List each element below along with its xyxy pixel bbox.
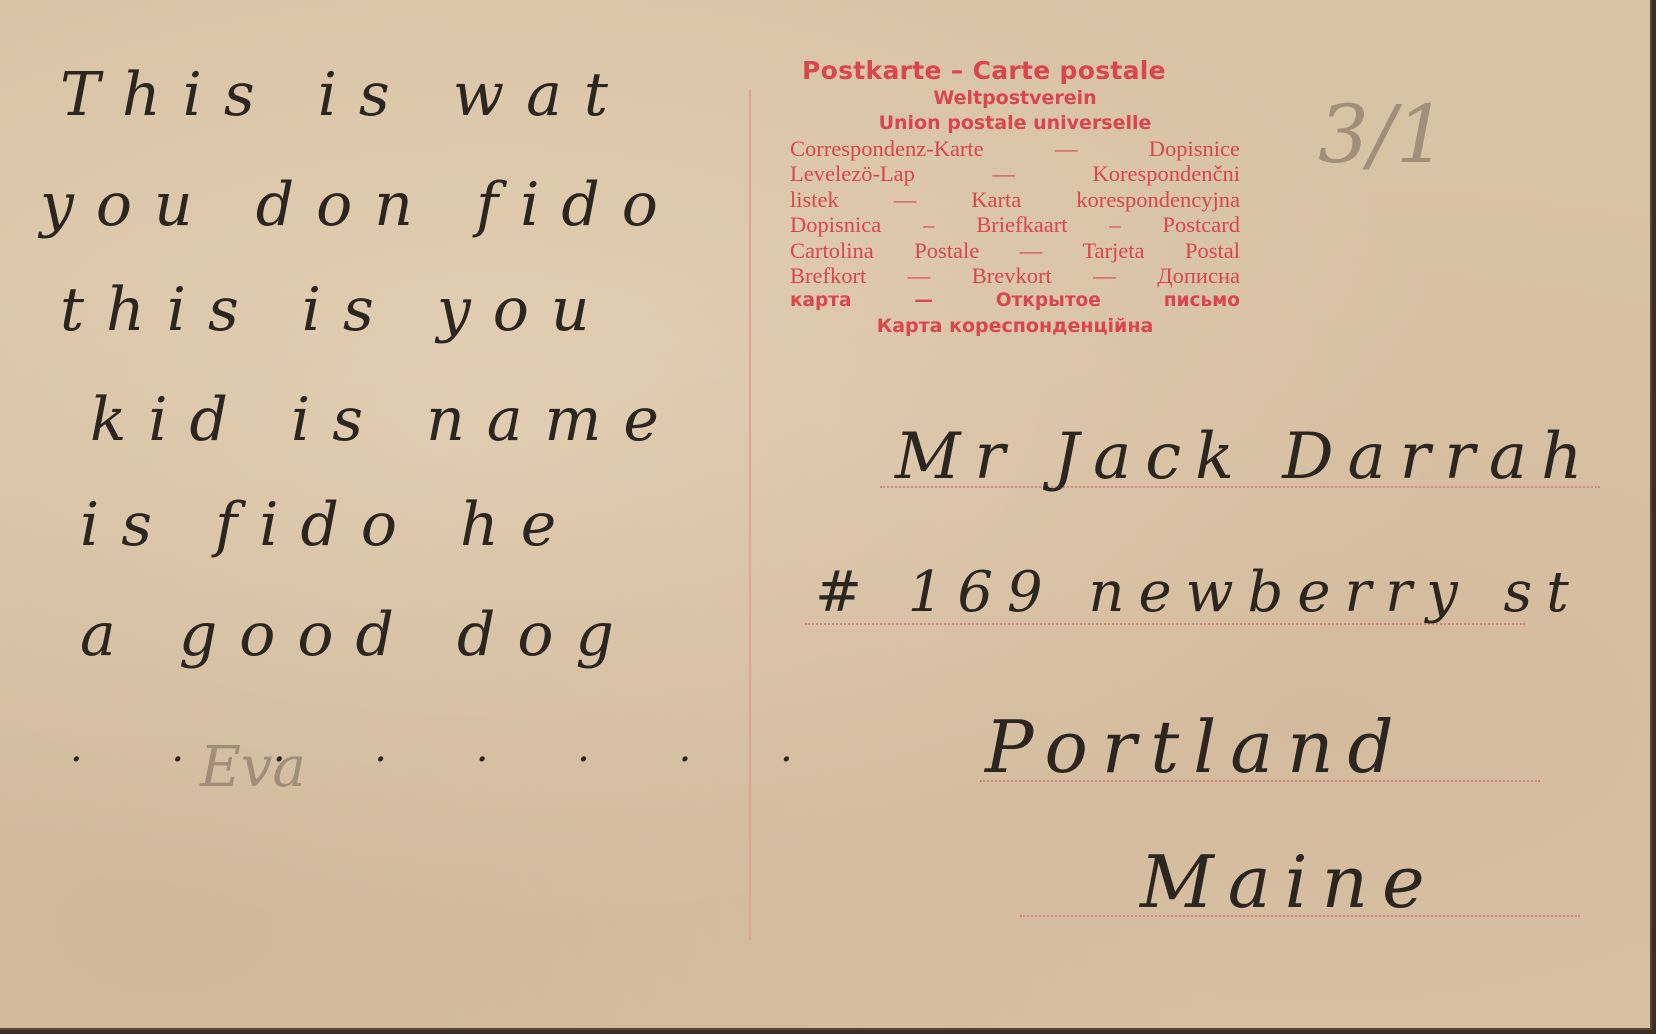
recipient-city: Portland: [985, 705, 1408, 789]
header-title: Postkarte – Carte postale: [790, 56, 1240, 86]
header-line: listek — Karta korespondencyjna: [790, 187, 1240, 212]
message-line: you don fido: [40, 170, 680, 240]
header-line: Карта кореспонденційна: [790, 314, 1240, 339]
message-line: This is wat: [60, 60, 630, 130]
message-line: this is you: [60, 275, 612, 345]
center-divider-line: [749, 90, 751, 940]
header-line: Dopisnica – Briefkaart – Postcard: [790, 212, 1240, 237]
header-line: Brefkort — Brevkort — Дописна: [790, 263, 1240, 288]
header-line: Cartolina Postale — Tarjeta Postal: [790, 238, 1240, 263]
signature: Eva: [200, 735, 306, 800]
header-line: карта — Открытое письмо: [790, 288, 1240, 313]
header-line: Correspondenz-Karte — Dopisnice: [790, 136, 1240, 161]
header-line: Levelezö-Lap — Korespondenčni: [790, 161, 1240, 186]
printed-header: Postkarte – Carte postale Weltpostverein…: [790, 56, 1240, 339]
header-subtitle-weltpostverein: Weltpostverein: [790, 86, 1240, 111]
recipient-name: Mr Jack Darrah: [895, 420, 1596, 494]
postcard-back: Postkarte – Carte postale Weltpostverein…: [0, 0, 1652, 1030]
message-line: kid is name: [90, 385, 681, 455]
message-line: a good dog: [80, 600, 636, 670]
pencil-note: 3/1: [1318, 88, 1447, 181]
header-subtitle-union: Union postale universelle: [790, 111, 1240, 136]
recipient-state: Maine: [1140, 840, 1439, 924]
message-line: is fido he: [80, 490, 578, 560]
message-dots: . . . . . . . .: [70, 725, 831, 771]
recipient-street: # 169 newberry st: [815, 560, 1583, 625]
